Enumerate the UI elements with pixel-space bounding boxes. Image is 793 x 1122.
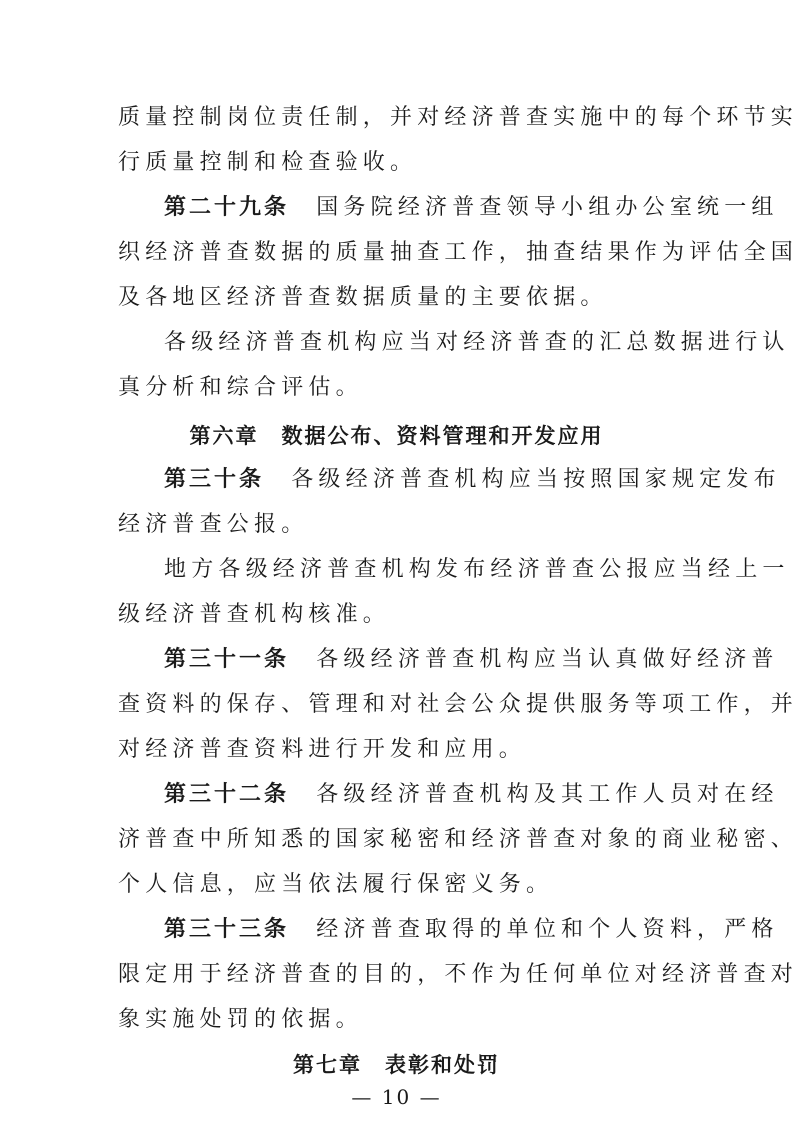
article-number: 第三十三条 xyxy=(164,917,289,942)
article-32: 第三十二条 各级经济普查机构及其工作人员对在经 xyxy=(164,780,779,810)
article-29: 第二十九条 国务院经济普查领导小组办公室统一组 xyxy=(164,193,779,223)
text-line: 地方各级经济普查机构发布经济普查公报应当经上一 xyxy=(164,555,790,585)
text-line: 真分析和综合评估。 xyxy=(118,373,363,403)
article-text: 经济普查取得的单位和个人资料，严格 xyxy=(289,917,779,942)
article-number: 第二十九条 xyxy=(164,195,289,220)
text-line: 对经济普查资料进行开发和应用。 xyxy=(118,735,526,765)
text-line: 个人信息，应当依法履行保密义务。 xyxy=(118,870,553,900)
article-33: 第三十三条 经济普查取得的单位和个人资料，严格 xyxy=(164,915,779,945)
article-text: 各级经济普查机构及其工作人员对在经 xyxy=(289,782,779,807)
text-line: 查资料的保存、管理和对社会公众提供服务等项工作，并 xyxy=(118,690,793,720)
article-number: 第三十条 xyxy=(164,467,264,492)
article-31: 第三十一条 各级经济普查机构应当认真做好经济普 xyxy=(164,645,779,675)
text-line: 象实施处罚的依据。 xyxy=(118,1005,363,1035)
text-line: 级经济普查机构核准。 xyxy=(118,600,390,630)
article-text: 各级经济普查机构应当按照国家规定发布 xyxy=(264,467,781,492)
text-line: 济普查中所知悉的国家秘密和经济普查对象的商业秘密、 xyxy=(118,825,793,855)
text-line: 行质量控制和检查验收。 xyxy=(118,148,417,178)
text-line: 织经济普查数据的质量抽查工作，抽查结果作为评估全国 xyxy=(118,238,793,268)
page-number: — 10 — xyxy=(0,1085,793,1109)
text-line: 及各地区经济普查数据质量的主要依据。 xyxy=(118,283,608,313)
text-line: 质量控制岗位责任制，并对经济普查实施中的每个环节实 xyxy=(118,103,793,133)
article-number: 第三十一条 xyxy=(164,647,289,672)
article-30: 第三十条 各级经济普查机构应当按照国家规定发布 xyxy=(164,465,781,495)
text-line: 经济普查公报。 xyxy=(118,510,308,540)
article-text: 国务院经济普查领导小组办公室统一组 xyxy=(289,195,779,220)
chapter-heading: 第六章 数据公布、资料管理和开发应用 xyxy=(0,421,793,451)
article-text: 各级经济普查机构应当认真做好经济普 xyxy=(289,647,779,672)
text-line: 各级经济普查机构应当对经济普查的汇总数据进行认 xyxy=(164,328,790,358)
article-number: 第三十二条 xyxy=(164,782,289,807)
text-line: 限定用于经济普查的目的，不作为任何单位对经济普查对 xyxy=(118,960,793,990)
chapter-heading: 第七章 表彰和处罚 xyxy=(0,1050,793,1080)
